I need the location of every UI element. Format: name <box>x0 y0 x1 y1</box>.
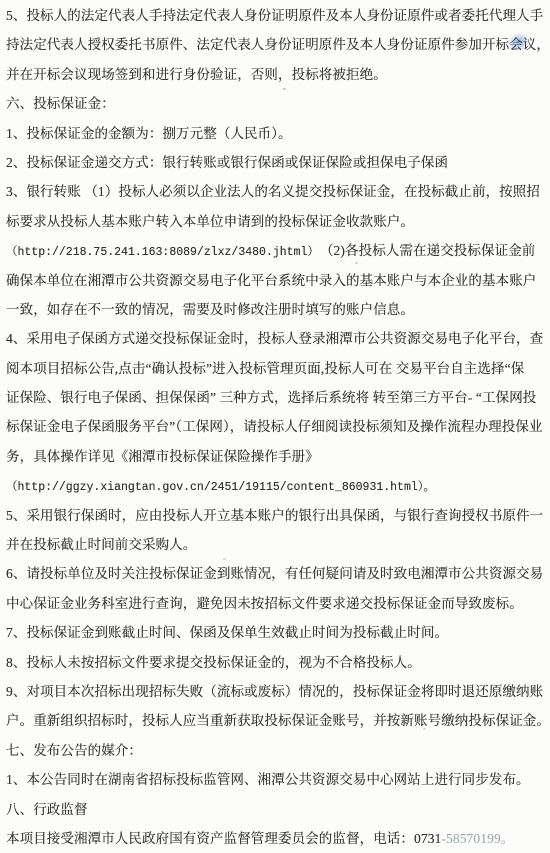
text-line: 4、采用电子保函方式递交投标保证金时，投标人登录湘潭市公共资源交易电子化平台，查 <box>6 324 546 353</box>
text-line: 1、本公告同时在湖南省招标投标监管网、湘潭公共资源交易中心网站上进行同步发布。 <box>6 765 546 794</box>
text-line: （http://218.75.241.163:8089/zlxz/3480.jh… <box>6 236 546 265</box>
line-text: 确保本单位在湘潭市公共资源交易电子化平台系统中录入的基本账户与本企业的基本账户 <box>6 273 536 288</box>
line-text: 8、投标人未按招标文件要求提交投标保证金的，视为不合格投标人。 <box>6 655 421 670</box>
text-line: 9、对项目本次招标出现招标失败（流标或废标）情况的，投标保证金将即时退还原缴纳账 <box>6 677 546 706</box>
text-line: 六、投标保证金： <box>6 89 546 118</box>
line-text: 2、投标保证金递交方式：银行转账或银行保函或保证保险或担保电子保函 <box>6 155 448 170</box>
text-line: 5、采用银行保函时，应由投标人开立基本账户的银行出具保函，与银行查询授权书原件一 <box>6 501 546 530</box>
text-line: 证保险、银行电子保函、担保保函” 三种方式，选择后系统将 转至第三方平台- “工… <box>6 383 546 412</box>
text-line: 一致，如存在不一致的情况，需要及时修改注册时填写的账户信息。 <box>6 295 546 324</box>
line-text: 一致，如存在不一致的情况，需要及时修改注册时填写的账户信息。 <box>6 302 414 317</box>
text-line: 2、投标保证金递交方式：银行转账或银行保函或保证保险或担保电子保函 <box>6 148 546 177</box>
text-line: 5、投标人的法定代表人手持法定代表人身份证明原件及本人身份证原件或者委托代理人手 <box>6 1 546 30</box>
text-line: 3、银行转账 （1）投标人必须以企业法人的名义提交投标保证金，在投标截止前，按照… <box>6 177 546 206</box>
url-text: （http://ggzy.xiangtan.gov.cn/2451/19115/… <box>6 481 435 494</box>
text-line: 务，具体操作详见《湘潭市投标保证保险操作手册》 <box>6 442 546 471</box>
text-line: 6、请投标单位及时关注投标保证金到账情况，有任何疑问请及时致电湘潭市公共资源交易 <box>6 559 546 588</box>
text-line: 七、发布公告的媒介： <box>6 736 546 765</box>
document-body: 5、投标人的法定代表人手持法定代表人身份证明原件及本人身份证原件或者委托代理人手… <box>6 1 546 853</box>
url-text: （http://218.75.241.163:8089/zlxz/3480.jh… <box>6 246 313 259</box>
text-line: 标要求从投标人基本账户转入本单位申请到的投标保证金收款账户。 <box>6 207 546 236</box>
text-line: 中心保证金业务科室进行查询，避免因未按招标文件要求递交投标保证金而导致废标。 <box>6 589 546 618</box>
line-text: 七、发布公告的媒介： <box>6 743 142 758</box>
line-text: 标保证金电子保函服务平台”（工保网），请投标人仔细阅读投标须知及操作流程办理投保… <box>6 419 543 434</box>
text-line: （http://ggzy.xiangtan.gov.cn/2451/19115/… <box>6 471 546 500</box>
line-text: 4、采用电子保函方式递交投标保证金时，投标人登录湘潭市公共资源交易电子化平台，查 <box>6 331 543 346</box>
line-text: 本项目接受湘潭市人民政府国有资产监督管理委员会的监督，电话：0731 <box>6 831 441 846</box>
line-text: 6、请投标单位及时关注投标保证金到账情况，有任何疑问请及时致电湘潭市公共资源交易 <box>6 566 543 581</box>
text-line: 1、投标保证金的金额为：捌万元整（人民币）。 <box>6 119 546 148</box>
line-text: 六、投标保证金： <box>6 96 115 111</box>
line-text: 八、行政监督 <box>6 802 88 817</box>
line-text: 阅本项目招标公告,点击“确认投标”进入投标管理页面,投标人可在 交易平台自主选择… <box>6 361 524 376</box>
text-line: 持法定代表人授权委托书原件、法定代表人身份证明原件及本人身份证原件参加开标会议， <box>6 30 546 59</box>
text-line: 八、行政监督 <box>6 795 546 824</box>
text-line: 确保本单位在湘潭市公共资源交易电子化平台系统中录入的基本账户与本企业的基本账户 <box>6 266 546 295</box>
text-line: 标保证金电子保函服务平台”（工保网），请投标人仔细阅读投标须知及操作流程办理投保… <box>6 412 546 441</box>
text-line: 7、投标保证金到账截止时间、保函及保单生效截止时间为投标截止时间。 <box>6 618 546 647</box>
line-text: 3、银行转账 （1）投标人必须以企业法人的名义提交投标保证金，在投标截止前，按照… <box>6 184 540 199</box>
text-line: 并在开标会议现场签到和进行身份验证，否则，投标将被拒绝。 <box>6 60 546 89</box>
line-text: 5、投标人的法定代表人手持法定代表人身份证明原件及本人身份证原件或者委托代理人手 <box>6 8 543 23</box>
faded-text: -58570199。 <box>441 831 514 846</box>
text-line: 并在投标截止时间前交采购人。 <box>6 530 546 559</box>
text-line: 户。重新组织招标时，投标人应当重新获取投标保证金账号，并按新账号缴纳投标保证金。 <box>6 706 546 735</box>
line-text: （2)各投标人需在递交投标保证金前 <box>313 243 535 258</box>
line-text: 务，具体操作详见《湘潭市投标保证保险操作手册》 <box>6 449 319 464</box>
line-text: 并在投标截止时间前交采购人。 <box>6 537 196 552</box>
line-text: 中心保证金业务科室进行查询，避免因未按招标文件要求递交投标保证金而导致废标。 <box>6 596 523 611</box>
document-page: 5、投标人的法定代表人手持法定代表人身份证明原件及本人身份证原件或者委托代理人手… <box>0 0 550 853</box>
text-line: 阅本项目招标公告,点击“确认投标”进入投标管理页面,投标人可在 交易平台自主选择… <box>6 354 546 383</box>
text-line: 本项目接受湘潭市人民政府国有资产监督管理委员会的监督，电话：0731-58570… <box>6 824 546 853</box>
line-text: 5、采用银行保函时，应由投标人开立基本账户的银行出具保函，与银行查询授权书原件一 <box>6 508 543 523</box>
text-line: 8、投标人未按招标文件要求提交投标保证金的，视为不合格投标人。 <box>6 648 546 677</box>
line-text: 证保险、银行电子保函、担保保函” 三种方式，选择后系统将 转至第三方平台- “工… <box>6 390 536 405</box>
line-text: 并在开标会议现场签到和进行身份验证，否则，投标将被拒绝。 <box>6 67 387 82</box>
line-text: 标要求从投标人基本账户转入本单位申请到的投标保证金收款账户。 <box>6 214 414 229</box>
line-text: 户。重新组织招标时，投标人应当重新获取投标保证金账号，并按新账号缴纳投标保证金。 <box>6 713 546 728</box>
line-text: 7、投标保证金到账截止时间、保函及保单生效截止时间为投标截止时间。 <box>6 625 448 640</box>
line-text: 1、本公告同时在湖南省招标投标监管网、湘潭公共资源交易中心网站上进行同步发布。 <box>6 772 530 787</box>
line-text: 持法定代表人授权委托书原件、法定代表人身份证明原件及本人身份证原件参加开标会议， <box>6 37 546 52</box>
line-text: 1、投标保证金的金额为：捌万元整（人民币）。 <box>6 126 292 141</box>
line-text: 9、对项目本次招标出现招标失败（流标或废标）情况的，投标保证金将即时退还原缴纳账 <box>6 684 543 699</box>
